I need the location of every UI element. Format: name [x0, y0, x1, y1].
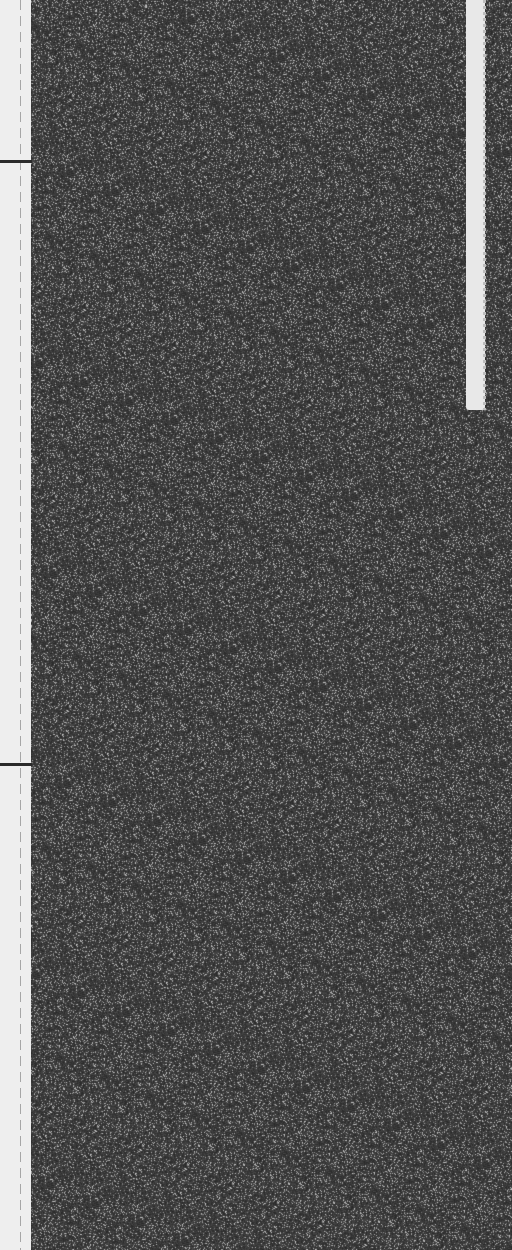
curb-strip	[0, 0, 31, 1250]
curb-dashed-line	[20, 0, 21, 1250]
asphalt-area	[31, 0, 512, 1250]
lane-marking	[466, 0, 485, 410]
curb-joint	[0, 160, 32, 163]
road-surface-photo	[0, 0, 512, 1250]
asphalt-texture	[31, 0, 512, 1250]
curb-joint	[0, 763, 32, 766]
